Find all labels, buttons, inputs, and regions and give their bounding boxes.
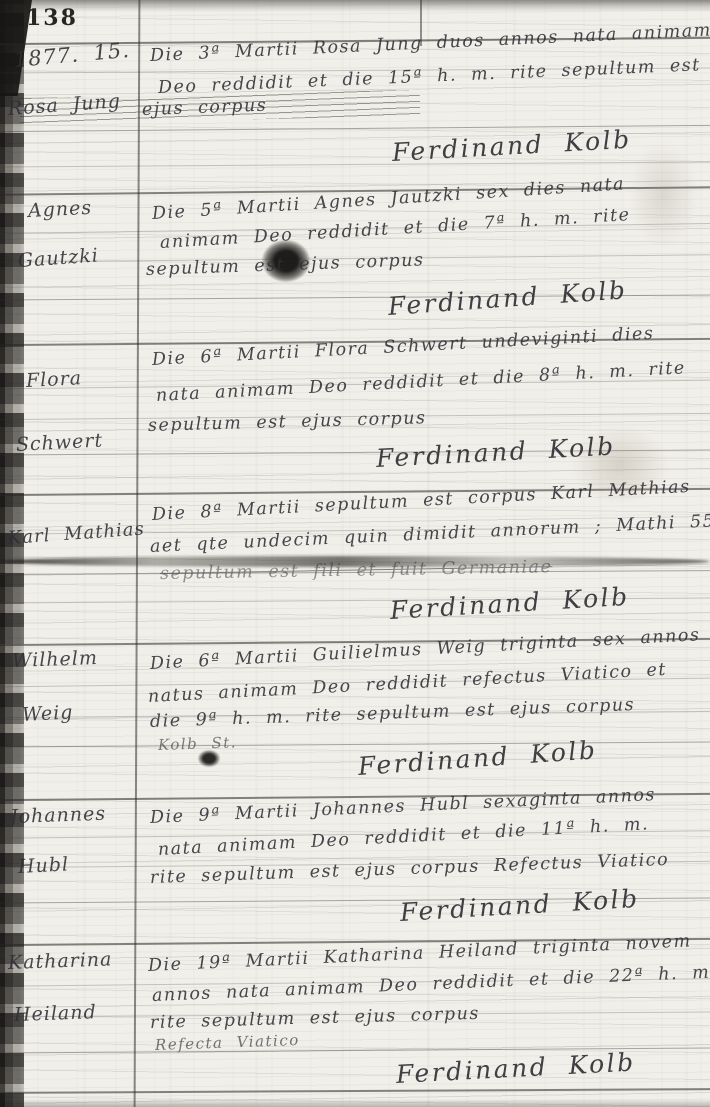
entry-3-margin-name: Schwert [15, 429, 103, 456]
entry-6-margin-name: Hubl [17, 853, 69, 878]
entry-2-signature: Ferdinand Kolb [387, 275, 628, 321]
entry-3-margin-name: Flora [25, 367, 82, 392]
entry-2-margin-name: Agnes [27, 197, 92, 222]
entry-7-margin-name: Heiland [14, 1001, 97, 1026]
entry-7-line: rite sepultum est ejus corpus [150, 1004, 480, 1033]
entry-3-line: sepultum est ejus corpus [148, 408, 427, 436]
ruled-line [0, 742, 710, 748]
entry-3-signature: Ferdinand Kolb [375, 431, 616, 473]
entry-1-signature: Ferdinand Kolb [391, 125, 632, 167]
ruled-line [0, 1088, 710, 1094]
ink-blot [198, 750, 220, 767]
register-page-scan: 138 1877. 15. Rosa Jung Die 3ª Martii Ro… [0, 0, 710, 1107]
entry-2-margin-name: Gautzki [17, 244, 99, 272]
entry-6-signature: Ferdinand Kolb [399, 884, 640, 927]
scan-bottom-edge [0, 1099, 710, 1107]
page-number: 138 [26, 5, 78, 31]
entry-4-margin-name: Karl Mathias [7, 518, 145, 549]
entry-6-margin-name: Johannes [10, 803, 107, 828]
entry-7-signature: Ferdinand Kolb [395, 1047, 636, 1089]
entry-5-note: Kolb St. [158, 733, 238, 754]
ruled-line [0, 162, 710, 168]
scan-top-edge [0, 0, 710, 12]
paper-stain [628, 140, 698, 250]
entry-5-margin-name: Weig [21, 701, 74, 726]
entry-5-margin-name: Wilhelm [12, 647, 99, 672]
entry-4-signature: Ferdinand Kolb [389, 582, 630, 625]
entry-7-margin-name: Katharina [8, 948, 113, 974]
